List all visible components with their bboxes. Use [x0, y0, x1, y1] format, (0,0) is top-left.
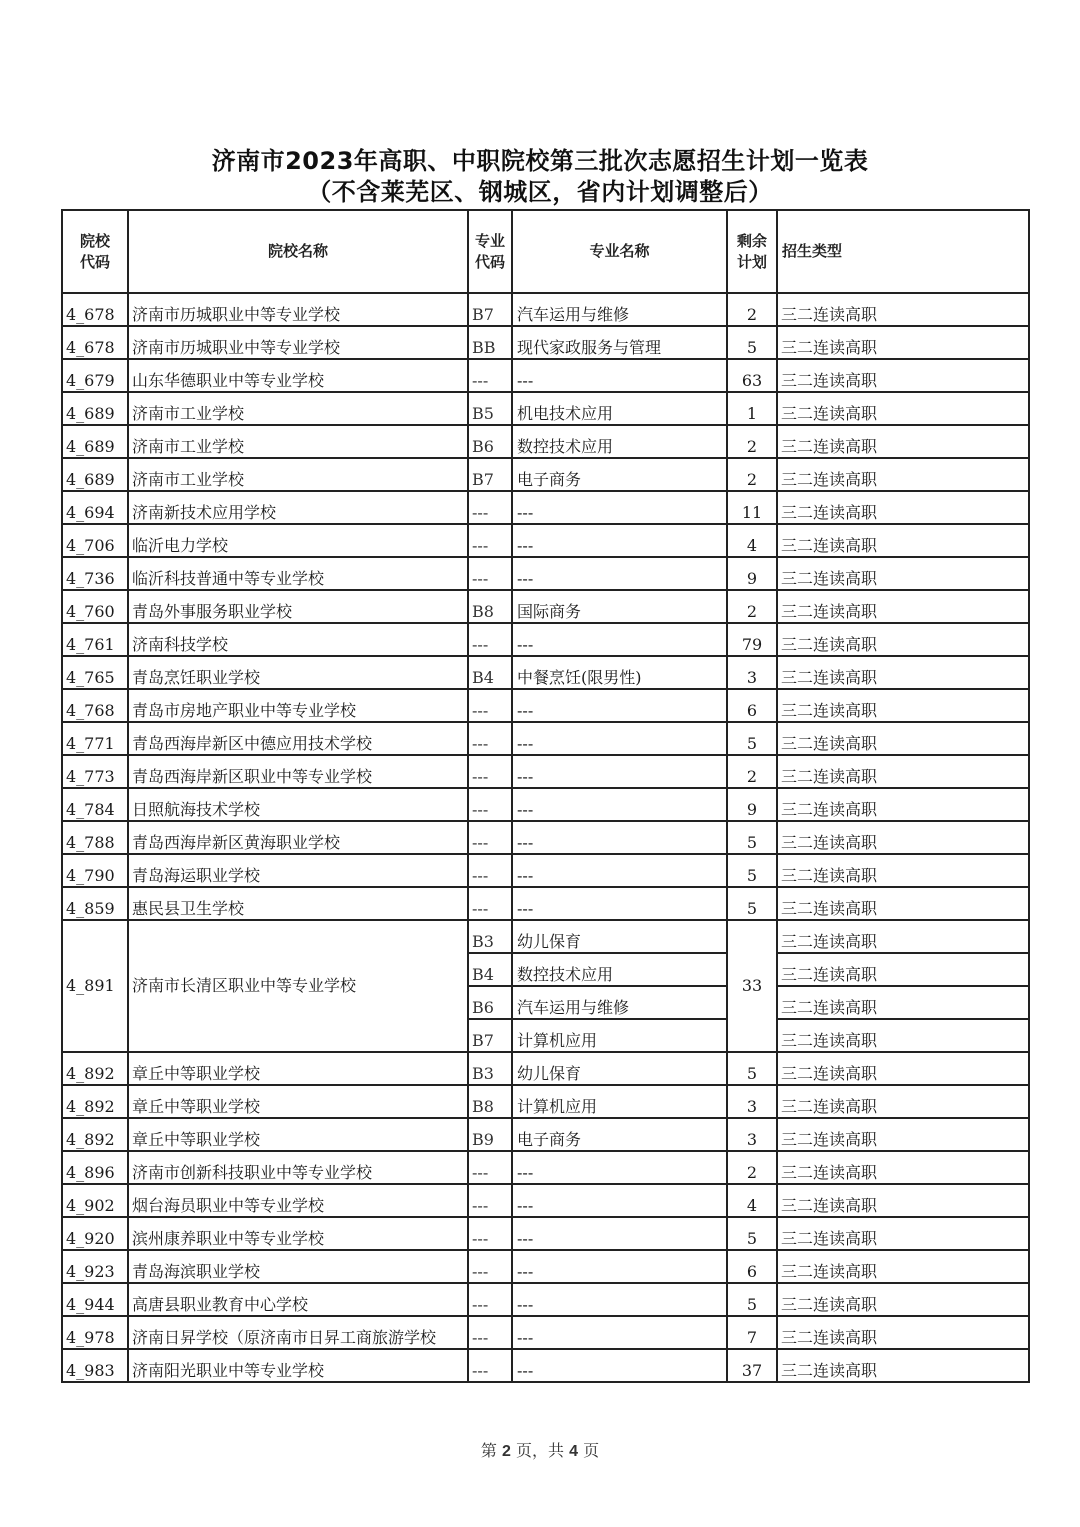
school-name-cell: 济南市工业学校 — [128, 425, 468, 458]
school-code-cell: 4_689 — [62, 392, 128, 425]
school-name-cell: 滨州康养职业中等专业学校 — [128, 1217, 468, 1250]
school-name-cell: 临沂科技普通中等专业学校 — [128, 557, 468, 590]
major-name-cell: 电子商务 — [512, 1118, 727, 1151]
table-row: 4_944高唐县职业教育中心学校------5三二连读高职 — [62, 1283, 1029, 1316]
major-code-cell: B8 — [468, 1085, 512, 1118]
school-name-cell: 章丘中等职业学校 — [128, 1052, 468, 1085]
major-name-cell: 汽车运用与维修 — [512, 986, 727, 1019]
remaining-plan-cell: 2 — [727, 458, 777, 491]
major-code-cell: B3 — [468, 1052, 512, 1085]
school-code-cell: 4_678 — [62, 326, 128, 359]
enrollment-type-cell: 三二连读高职 — [777, 1349, 1029, 1382]
school-code-cell: 4_694 — [62, 491, 128, 524]
school-name-cell: 章丘中等职业学校 — [128, 1085, 468, 1118]
remaining-plan-cell: 5 — [727, 1283, 777, 1316]
school-name-cell: 济南市工业学校 — [128, 392, 468, 425]
school-code-cell: 4_736 — [62, 557, 128, 590]
table-row: 4_760青岛外事服务职业学校B8国际商务2三二连读高职 — [62, 590, 1029, 623]
document-subtitle: （不含莱芜区、钢城区，省内计划调整后） — [0, 172, 1080, 207]
enrollment-type-cell: 三二连读高职 — [777, 1151, 1029, 1184]
school-name-cell: 日照航海技术学校 — [128, 788, 468, 821]
table-row: 4_771青岛西海岸新区中德应用技术学校------5三二连读高职 — [62, 722, 1029, 755]
table-row: 4_891济南市长清区职业中等专业学校B3幼儿保育33三二连读高职 — [62, 920, 1029, 953]
enrollment-type-cell: 三二连读高职 — [777, 788, 1029, 821]
school-code-cell: 4_892 — [62, 1118, 128, 1151]
remaining-plan-cell: 11 — [727, 491, 777, 524]
major-name-cell: --- — [512, 788, 727, 821]
major-code-cell: B4 — [468, 953, 512, 986]
remaining-plan-cell: 2 — [727, 425, 777, 458]
school-code-cell: 4_983 — [62, 1349, 128, 1382]
enrollment-type-cell: 三二连读高职 — [777, 821, 1029, 854]
header-major-name: 专业名称 — [512, 210, 727, 293]
school-code-cell: 4_790 — [62, 854, 128, 887]
remaining-plan-cell: 6 — [727, 689, 777, 722]
major-code-cell: --- — [468, 1250, 512, 1283]
school-code-cell: 4_788 — [62, 821, 128, 854]
table-row: 4_983济南阳光职业中等专业学校------37三二连读高职 — [62, 1349, 1029, 1382]
enrollment-type-cell: 三二连读高职 — [777, 491, 1029, 524]
school-name-cell: 青岛西海岸新区黄海职业学校 — [128, 821, 468, 854]
school-code-cell: 4_689 — [62, 458, 128, 491]
major-name-cell: --- — [512, 524, 727, 557]
enrollment-type-cell: 三二连读高职 — [777, 1019, 1029, 1052]
major-name-cell: --- — [512, 1316, 727, 1349]
major-code-cell: --- — [468, 1316, 512, 1349]
major-name-cell: --- — [512, 1349, 727, 1382]
remaining-plan-cell: 5 — [727, 1217, 777, 1250]
school-name-cell: 青岛海运职业学校 — [128, 854, 468, 887]
major-code-cell: B7 — [468, 293, 512, 326]
major-code-cell: B9 — [468, 1118, 512, 1151]
major-name-cell: 中餐烹饪(限男性) — [512, 656, 727, 689]
major-code-cell: --- — [468, 722, 512, 755]
school-code-cell: 4_896 — [62, 1151, 128, 1184]
school-code-cell: 4_892 — [62, 1085, 128, 1118]
school-name-cell: 济南市创新科技职业中等专业学校 — [128, 1151, 468, 1184]
table-row: 4_678济南市历城职业中等专业学校B7汽车运用与维修2三二连读高职 — [62, 293, 1029, 326]
school-code-cell: 4_768 — [62, 689, 128, 722]
major-code-cell: --- — [468, 821, 512, 854]
major-name-cell: 计算机应用 — [512, 1019, 727, 1052]
school-code-cell: 4_771 — [62, 722, 128, 755]
major-name-cell: --- — [512, 623, 727, 656]
table-row: 4_923青岛海滨职业学校------6三二连读高职 — [62, 1250, 1029, 1283]
remaining-plan-cell: 9 — [727, 557, 777, 590]
school-code-cell: 4_706 — [62, 524, 128, 557]
major-name-cell: --- — [512, 689, 727, 722]
table-row: 4_736临沂科技普通中等专业学校------9三二连读高职 — [62, 557, 1029, 590]
header-school-code: 院校代码 — [62, 210, 128, 293]
major-code-cell: --- — [468, 1217, 512, 1250]
school-name-cell: 青岛烹饪职业学校 — [128, 656, 468, 689]
remaining-plan-cell: 5 — [727, 887, 777, 920]
remaining-plan-cell: 3 — [727, 1085, 777, 1118]
major-name-cell: 幼儿保育 — [512, 1052, 727, 1085]
remaining-plan-cell: 1 — [727, 392, 777, 425]
major-code-cell: B5 — [468, 392, 512, 425]
school-code-cell: 4_765 — [62, 656, 128, 689]
major-name-cell: 幼儿保育 — [512, 920, 727, 953]
enrollment-plan-table: 院校代码 院校名称 专业代码 专业名称 剩余计划 招生类型 4_678济南市历城… — [61, 209, 1030, 1383]
school-name-cell: 山东华德职业中等专业学校 — [128, 359, 468, 392]
major-code-cell: --- — [468, 1349, 512, 1382]
remaining-plan-cell: 5 — [727, 854, 777, 887]
major-name-cell: --- — [512, 755, 727, 788]
table-row: 4_920滨州康养职业中等专业学校------5三二连读高职 — [62, 1217, 1029, 1250]
major-name-cell: 国际商务 — [512, 590, 727, 623]
school-name-cell: 济南日昇学校（原济南市日昇工商旅游学校 — [128, 1316, 468, 1349]
major-name-cell: --- — [512, 854, 727, 887]
table-row: 4_859惠民县卫生学校------5三二连读高职 — [62, 887, 1029, 920]
school-name-cell: 济南阳光职业中等专业学校 — [128, 1349, 468, 1382]
major-code-cell: --- — [468, 524, 512, 557]
enrollment-type-cell: 三二连读高职 — [777, 326, 1029, 359]
school-code-cell: 4_679 — [62, 359, 128, 392]
major-code-cell: --- — [468, 854, 512, 887]
major-code-cell: B8 — [468, 590, 512, 623]
remaining-plan-cell: 79 — [727, 623, 777, 656]
major-name-cell: --- — [512, 491, 727, 524]
enrollment-type-cell: 三二连读高职 — [777, 887, 1029, 920]
remaining-plan-cell: 5 — [727, 821, 777, 854]
major-code-cell: B7 — [468, 1019, 512, 1052]
table-row: 4_902烟台海员职业中等专业学校------4三二连读高职 — [62, 1184, 1029, 1217]
table-row: 4_765青岛烹饪职业学校B4中餐烹饪(限男性)3三二连读高职 — [62, 656, 1029, 689]
remaining-plan-cell: 6 — [727, 1250, 777, 1283]
table-row: 4_689济南市工业学校B7电子商务2三二连读高职 — [62, 458, 1029, 491]
enrollment-type-cell: 三二连读高职 — [777, 953, 1029, 986]
major-name-cell: 数控技术应用 — [512, 425, 727, 458]
enrollment-type-cell: 三二连读高职 — [777, 722, 1029, 755]
remaining-plan-cell: 5 — [727, 326, 777, 359]
enrollment-type-cell: 三二连读高职 — [777, 1283, 1029, 1316]
major-name-cell: 数控技术应用 — [512, 953, 727, 986]
table-row: 4_892章丘中等职业学校B9电子商务3三二连读高职 — [62, 1118, 1029, 1151]
school-code-cell: 4_760 — [62, 590, 128, 623]
table-row: 4_788青岛西海岸新区黄海职业学校------5三二连读高职 — [62, 821, 1029, 854]
school-code-cell: 4_689 — [62, 425, 128, 458]
remaining-plan-cell: 4 — [727, 1184, 777, 1217]
major-code-cell: B6 — [468, 986, 512, 1019]
enrollment-type-cell: 三二连读高职 — [777, 623, 1029, 656]
major-name-cell: --- — [512, 359, 727, 392]
major-code-cell: --- — [468, 887, 512, 920]
enrollment-type-cell: 三二连读高职 — [777, 359, 1029, 392]
enrollment-type-cell: 三二连读高职 — [777, 590, 1029, 623]
school-name-cell: 青岛西海岸新区职业中等专业学校 — [128, 755, 468, 788]
major-code-cell: B7 — [468, 458, 512, 491]
table-row: 4_706临沂电力学校------4三二连读高职 — [62, 524, 1029, 557]
school-code-cell: 4_773 — [62, 755, 128, 788]
enrollment-type-cell: 三二连读高职 — [777, 656, 1029, 689]
current-page-number: 2 — [502, 1443, 511, 1460]
remaining-plan-cell: 2 — [727, 755, 777, 788]
enrollment-type-cell: 三二连读高职 — [777, 458, 1029, 491]
school-code-cell: 4_678 — [62, 293, 128, 326]
enrollment-type-cell: 三二连读高职 — [777, 986, 1029, 1019]
document-title: 济南市2023年高职、中职院校第三批次志愿招生计划一览表 — [0, 141, 1080, 176]
school-name-cell: 章丘中等职业学校 — [128, 1118, 468, 1151]
school-name-cell: 济南市工业学校 — [128, 458, 468, 491]
remaining-plan-cell: 9 — [727, 788, 777, 821]
major-name-cell: --- — [512, 1184, 727, 1217]
major-name-cell: --- — [512, 1283, 727, 1316]
major-name-cell: --- — [512, 821, 727, 854]
enrollment-type-cell: 三二连读高职 — [777, 392, 1029, 425]
major-name-cell: --- — [512, 722, 727, 755]
header-school-name: 院校名称 — [128, 210, 468, 293]
major-code-cell: --- — [468, 557, 512, 590]
school-name-cell: 青岛西海岸新区中德应用技术学校 — [128, 722, 468, 755]
major-name-cell: 电子商务 — [512, 458, 727, 491]
remaining-plan-cell: 33 — [727, 920, 777, 1052]
header-major-code: 专业代码 — [468, 210, 512, 293]
table-row: 4_761济南科技学校------79三二连读高职 — [62, 623, 1029, 656]
school-name-cell: 济南市历城职业中等专业学校 — [128, 326, 468, 359]
remaining-plan-cell: 63 — [727, 359, 777, 392]
major-code-cell: B6 — [468, 425, 512, 458]
major-code-cell: --- — [468, 491, 512, 524]
school-name-cell: 济南新技术应用学校 — [128, 491, 468, 524]
major-code-cell: --- — [468, 1283, 512, 1316]
table-row: 4_689济南市工业学校B6数控技术应用2三二连读高职 — [62, 425, 1029, 458]
school-code-cell: 4_944 — [62, 1283, 128, 1316]
table-row: 4_694济南新技术应用学校------11三二连读高职 — [62, 491, 1029, 524]
school-code-cell: 4_859 — [62, 887, 128, 920]
table-row: 4_679山东华德职业中等专业学校------63三二连读高职 — [62, 359, 1029, 392]
remaining-plan-cell: 3 — [727, 656, 777, 689]
school-code-cell: 4_761 — [62, 623, 128, 656]
school-name-cell: 烟台海员职业中等专业学校 — [128, 1184, 468, 1217]
enrollment-type-cell: 三二连读高职 — [777, 755, 1029, 788]
enrollment-type-cell: 三二连读高职 — [777, 1052, 1029, 1085]
school-name-cell: 高唐县职业教育中心学校 — [128, 1283, 468, 1316]
remaining-plan-cell: 2 — [727, 590, 777, 623]
remaining-plan-cell: 5 — [727, 722, 777, 755]
school-code-cell: 4_978 — [62, 1316, 128, 1349]
major-code-cell: --- — [468, 689, 512, 722]
enrollment-type-cell: 三二连读高职 — [777, 854, 1029, 887]
major-code-cell: --- — [468, 1184, 512, 1217]
school-name-cell: 青岛市房地产职业中等专业学校 — [128, 689, 468, 722]
major-name-cell: 机电技术应用 — [512, 392, 727, 425]
major-code-cell: --- — [468, 788, 512, 821]
school-name-cell: 济南科技学校 — [128, 623, 468, 656]
major-code-cell: B4 — [468, 656, 512, 689]
table-row: 4_784日照航海技术学校------9三二连读高职 — [62, 788, 1029, 821]
table-row: 4_790青岛海运职业学校------5三二连读高职 — [62, 854, 1029, 887]
major-code-cell: BB — [468, 326, 512, 359]
enrollment-type-cell: 三二连读高职 — [777, 1118, 1029, 1151]
enrollment-type-cell: 三二连读高职 — [777, 1085, 1029, 1118]
school-code-cell: 4_902 — [62, 1184, 128, 1217]
major-name-cell: --- — [512, 557, 727, 590]
school-name-cell: 青岛外事服务职业学校 — [128, 590, 468, 623]
school-name-cell: 济南市历城职业中等专业学校 — [128, 293, 468, 326]
school-code-cell: 4_892 — [62, 1052, 128, 1085]
major-code-cell: --- — [468, 359, 512, 392]
major-name-cell: --- — [512, 1250, 727, 1283]
table-row: 4_678济南市历城职业中等专业学校BB现代家政服务与管理5三二连读高职 — [62, 326, 1029, 359]
school-name-cell: 济南市长清区职业中等专业学校 — [128, 920, 468, 1052]
enrollment-type-cell: 三二连读高职 — [777, 557, 1029, 590]
major-name-cell: 计算机应用 — [512, 1085, 727, 1118]
enrollment-type-cell: 三二连读高职 — [777, 425, 1029, 458]
remaining-plan-cell: 2 — [727, 293, 777, 326]
major-code-cell: --- — [468, 1151, 512, 1184]
major-code-cell: --- — [468, 755, 512, 788]
total-page-count: 4 — [569, 1443, 578, 1460]
enrollment-type-cell: 三二连读高职 — [777, 524, 1029, 557]
remaining-plan-cell: 2 — [727, 1151, 777, 1184]
remaining-plan-cell: 4 — [727, 524, 777, 557]
table-row: 4_773青岛西海岸新区职业中等专业学校------2三二连读高职 — [62, 755, 1029, 788]
school-name-cell: 惠民县卫生学校 — [128, 887, 468, 920]
major-code-cell: --- — [468, 623, 512, 656]
school-code-cell: 4_920 — [62, 1217, 128, 1250]
enrollment-type-cell: 三二连读高职 — [777, 293, 1029, 326]
enrollment-type-cell: 三二连读高职 — [777, 1217, 1029, 1250]
remaining-plan-cell: 3 — [727, 1118, 777, 1151]
major-name-cell: --- — [512, 887, 727, 920]
major-name-cell: 汽车运用与维修 — [512, 293, 727, 326]
remaining-plan-cell: 7 — [727, 1316, 777, 1349]
school-name-cell: 青岛海滨职业学校 — [128, 1250, 468, 1283]
header-enrollment-type: 招生类型 — [777, 210, 1029, 293]
school-code-cell: 4_891 — [62, 920, 128, 1052]
enrollment-type-cell: 三二连读高职 — [777, 689, 1029, 722]
school-code-cell: 4_923 — [62, 1250, 128, 1283]
page-footer: 第 2 页，共 4 页 — [0, 1438, 1080, 1461]
table-row: 4_896济南市创新科技职业中等专业学校------2三二连读高职 — [62, 1151, 1029, 1184]
school-code-cell: 4_784 — [62, 788, 128, 821]
enrollment-type-cell: 三二连读高职 — [777, 1250, 1029, 1283]
header-remaining-plan: 剩余计划 — [727, 210, 777, 293]
table-row: 4_689济南市工业学校B5机电技术应用1三二连读高职 — [62, 392, 1029, 425]
remaining-plan-cell: 37 — [727, 1349, 777, 1382]
school-name-cell: 临沂电力学校 — [128, 524, 468, 557]
enrollment-type-cell: 三二连读高职 — [777, 920, 1029, 953]
table-header-row: 院校代码 院校名称 专业代码 专业名称 剩余计划 招生类型 — [62, 210, 1029, 293]
table-row: 4_978济南日昇学校（原济南市日昇工商旅游学校------7三二连读高职 — [62, 1316, 1029, 1349]
enrollment-type-cell: 三二连读高职 — [777, 1184, 1029, 1217]
table-row: 4_892章丘中等职业学校B8计算机应用3三二连读高职 — [62, 1085, 1029, 1118]
major-name-cell: --- — [512, 1151, 727, 1184]
major-code-cell: B3 — [468, 920, 512, 953]
major-name-cell: --- — [512, 1217, 727, 1250]
enrollment-type-cell: 三二连读高职 — [777, 1316, 1029, 1349]
table-row: 4_892章丘中等职业学校B3幼儿保育5三二连读高职 — [62, 1052, 1029, 1085]
remaining-plan-cell: 5 — [727, 1052, 777, 1085]
table-row: 4_768青岛市房地产职业中等专业学校------6三二连读高职 — [62, 689, 1029, 722]
major-name-cell: 现代家政服务与管理 — [512, 326, 727, 359]
